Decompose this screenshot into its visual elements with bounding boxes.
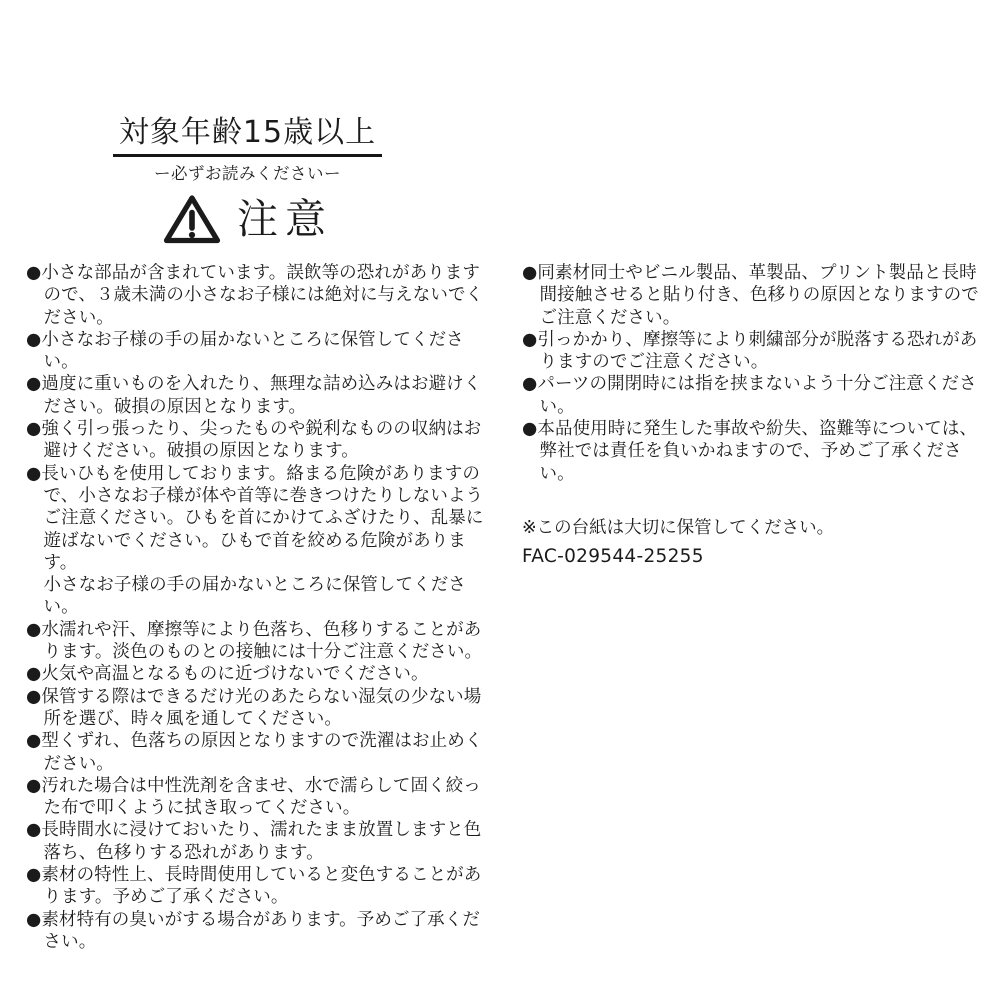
- precaution-item: ●本品使用時に発生した事故や紛失、盗難等については、弊社では責任を負いかねますの…: [522, 418, 986, 485]
- precautions-column-right: ●同素材同士やビニル製品、革製品、プリント製品と長時間接触させると貼り付き、色移…: [522, 262, 986, 953]
- precautions-columns: ●小さな部品が含まれています。誤飲等の恐れがありますので、３歳未満の小さなお子様…: [26, 262, 986, 953]
- precautions-right-list: ●同素材同士やビニル製品、革製品、プリント製品と長時間接触させると貼り付き、色移…: [522, 262, 986, 485]
- precaution-item: ●小さなお子様の手の届かないところに保管してください。: [26, 329, 490, 374]
- precaution-item: ●素材の特性上、長時間使用していると変色することがあります。予めご了承ください。: [26, 864, 490, 909]
- product-code: FAC-029544-25255: [522, 546, 986, 567]
- precaution-item: ●保管する際はできるだけ光のあたらない湿気の少ない場所を選び、時々風を通してくだ…: [26, 686, 490, 731]
- header: 対象年齢15歳以上 ー必ずお読みくださいー 注意: [0, 116, 495, 247]
- precaution-item: ●型くずれ、色落ちの原因となりますので洗濯はお止めください。: [26, 730, 490, 775]
- must-read-note: ー必ずお読みくださいー: [0, 160, 495, 184]
- age-restriction-title: 対象年齢15歳以上: [113, 116, 382, 157]
- precaution-item: ●同素材同士やビニル製品、革製品、プリント製品と長時間接触させると貼り付き、色移…: [522, 262, 986, 329]
- footer: ※この台紙は大切に保管してください。 FAC-029544-25255: [522, 517, 986, 567]
- caution-label: 注意: [237, 199, 333, 240]
- precaution-item: ●火気や高温となるものに近づけないでください。: [26, 663, 490, 685]
- warning-triangle-icon: [162, 193, 222, 247]
- caution-heading: 注意: [0, 193, 495, 247]
- precaution-item: ●強く引っ張ったり、尖ったものや鋭利なものの収納はお避けください。破損の原因とな…: [26, 418, 490, 463]
- precaution-item: ●長時間水に浸けておいたり、濡れたまま放置しますと色落ち、色移りする恐れがありま…: [26, 819, 490, 864]
- precaution-item: ●パーツの開閉時には指を挟まないよう十分ご注意ください。: [522, 373, 986, 418]
- precaution-item: ●引っかかり、摩擦等により刺繍部分が脱落する恐れがありますのでご注意ください。: [522, 329, 986, 374]
- precaution-item: ●小さな部品が含まれています。誤飲等の恐れがありますので、３歳未満の小さなお子様…: [26, 262, 490, 329]
- precaution-item: ●長いひもを使用しております。絡まる危険がありますので、小さなお子様が体や首等に…: [26, 463, 490, 619]
- precaution-item: ●水濡れや汗、摩擦等により色落ち、色移りすることがあります。淡色のものとの接触に…: [26, 619, 490, 664]
- caution-card: 対象年齢15歳以上 ー必ずお読みくださいー 注意 ●小さな部品が含まれています。…: [0, 0, 1000, 1000]
- keep-card-note: ※この台紙は大切に保管してください。: [522, 517, 986, 539]
- precaution-item: ●汚れた場合は中性洗剤を含ませ、水で濡らして固く絞った布で叩くように拭き取ってく…: [26, 775, 490, 820]
- precaution-item: ●素材特有の臭いがする場合があります。予めご了承ください。: [26, 909, 490, 954]
- precaution-item: ●過度に重いものを入れたり、無理な詰め込みはお避けください。破損の原因となります…: [26, 373, 490, 418]
- precautions-column-left: ●小さな部品が含まれています。誤飲等の恐れがありますので、３歳未満の小さなお子様…: [26, 262, 490, 953]
